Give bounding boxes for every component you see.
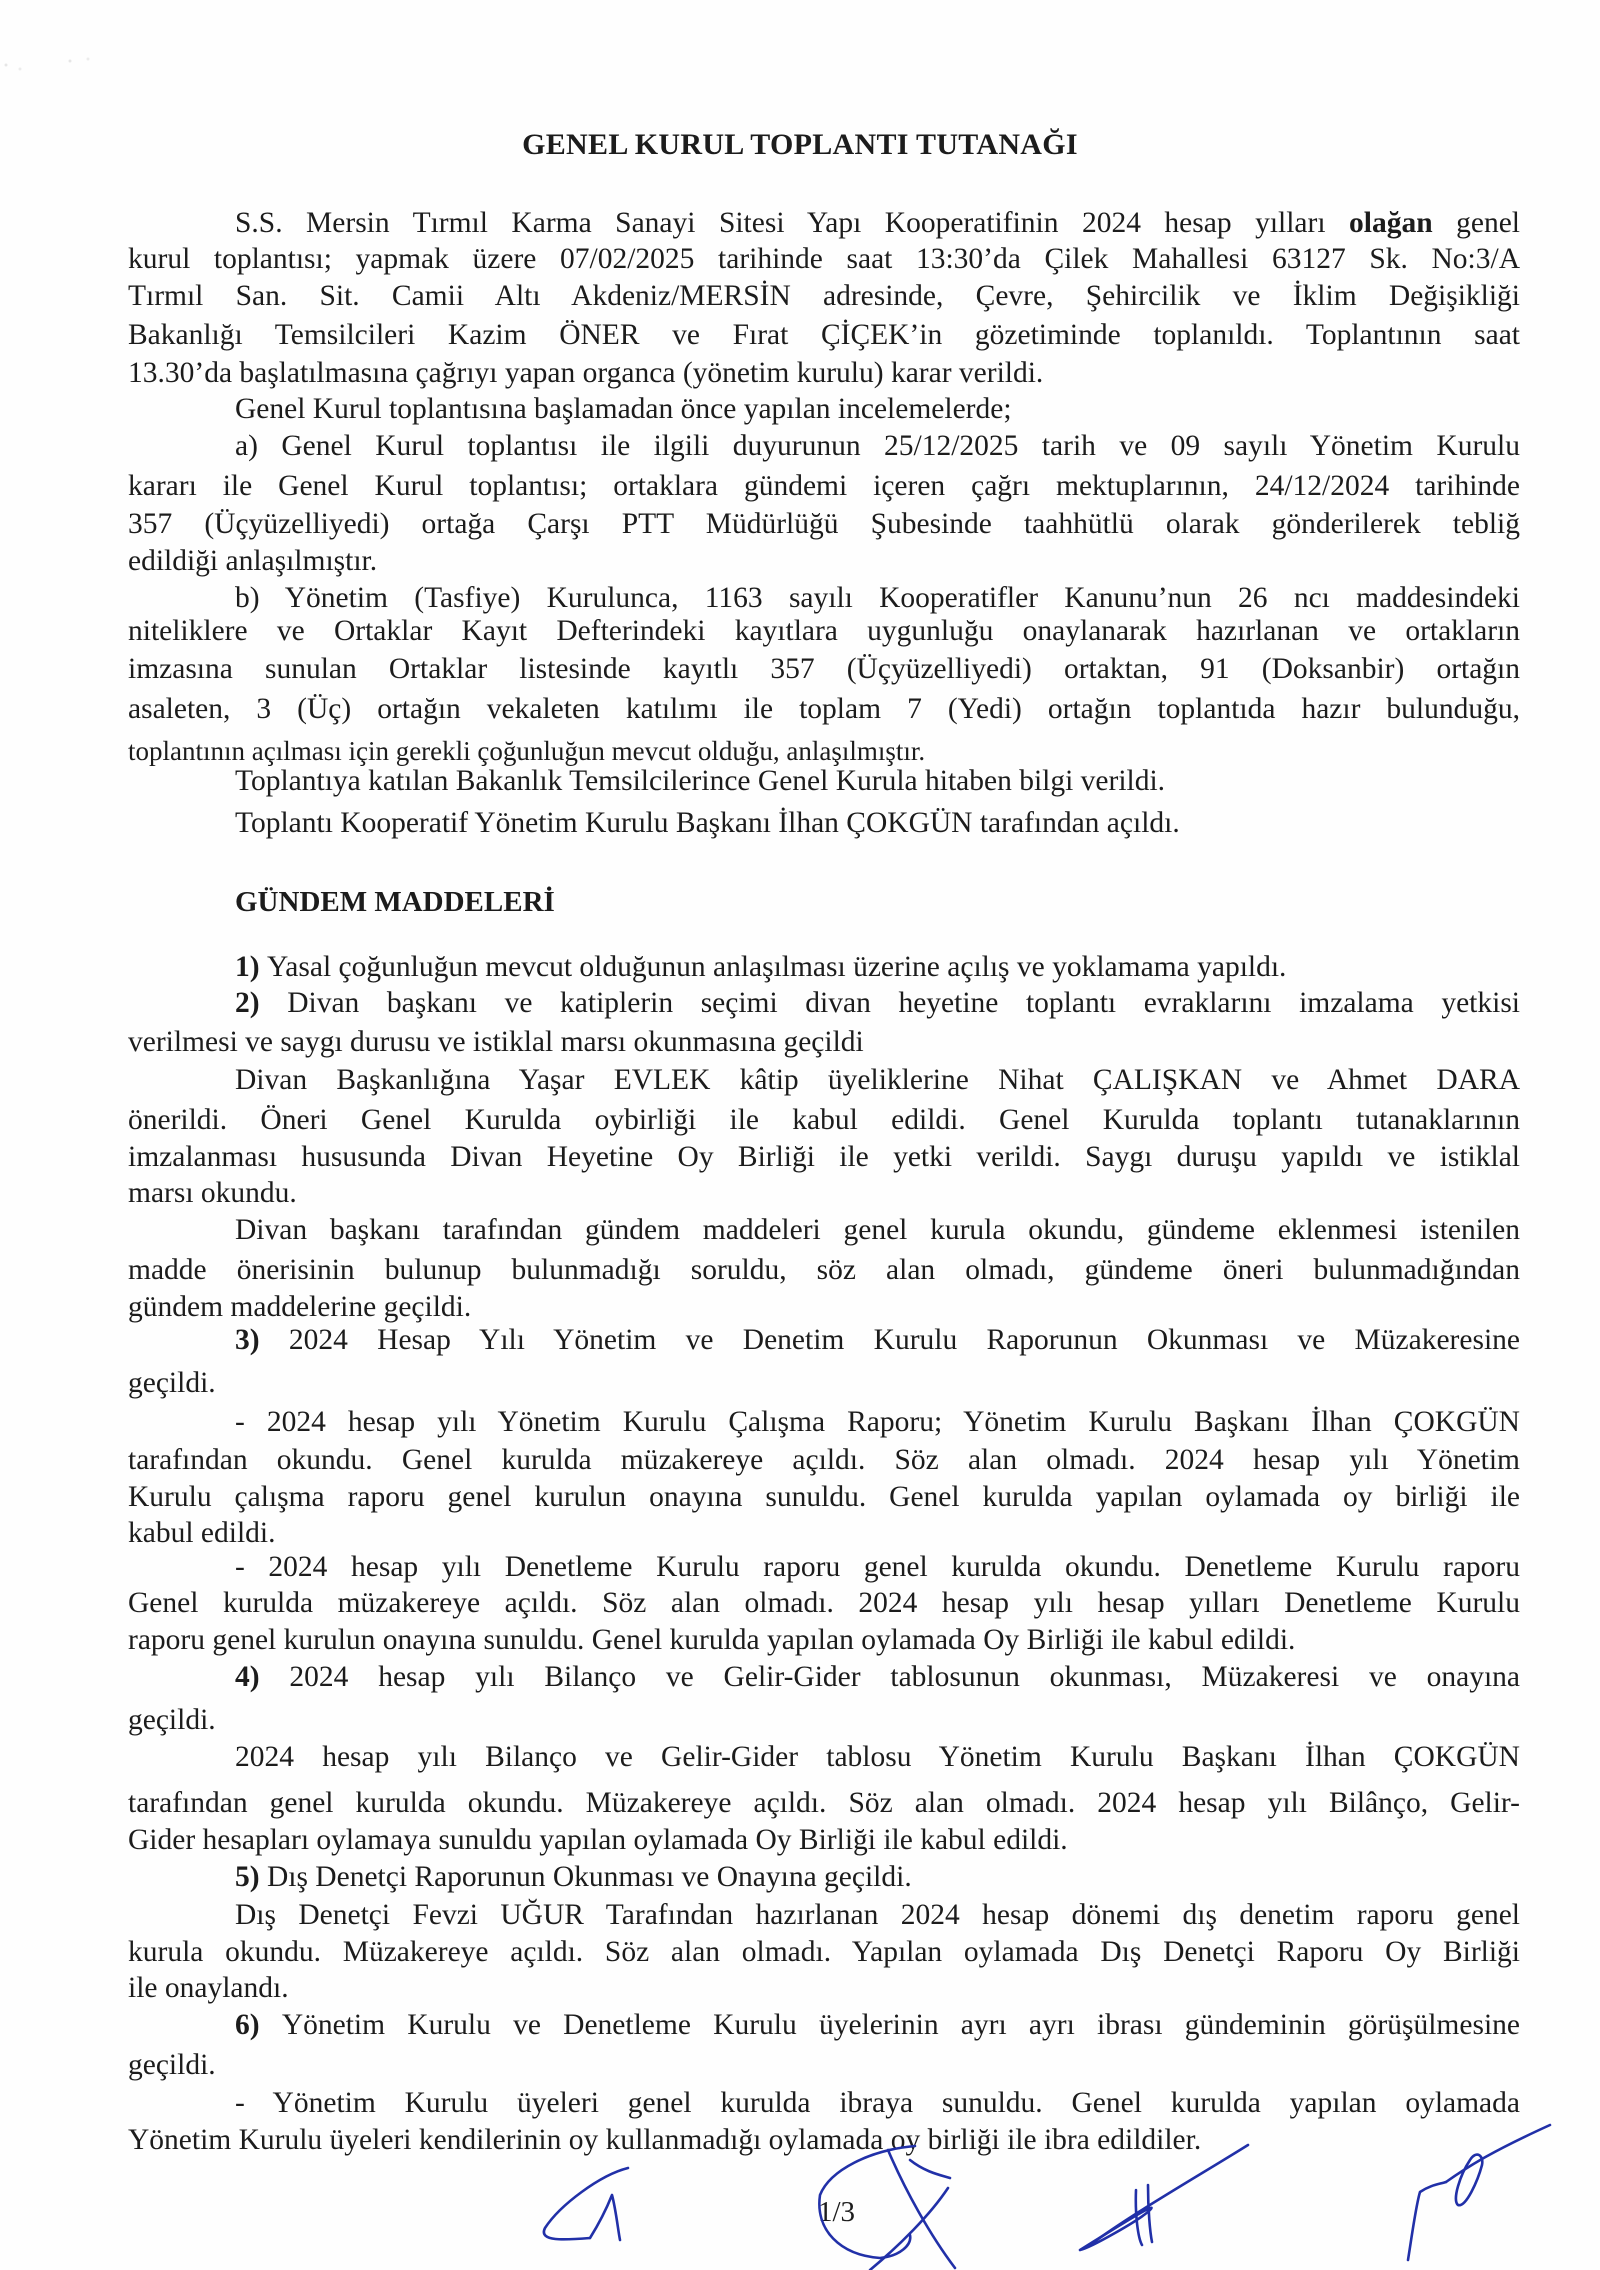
agenda-detail-line: madde önerisinin bulunup bulunmadığı sor… xyxy=(128,1253,1520,1287)
agenda-text: ile onaylandı. xyxy=(128,1972,289,2004)
agenda-text: Yönetim Kurulu ve Denetleme Kurulu üyele… xyxy=(282,2009,1520,2041)
agenda-text: 2024 hesap yılı Bilanço ve Gelir-Gider t… xyxy=(235,1741,1520,1773)
item-b-line: toplantının açılması için gerekli çoğunl… xyxy=(128,734,1520,768)
agenda-text: geçildi. xyxy=(128,1367,216,1399)
ministry-info: Toplantıya katılan Bakanlık Temsilcileri… xyxy=(128,764,1520,798)
agenda-text: marsı okundu. xyxy=(128,1177,297,1209)
agenda-text: Divan Başkanlığına Yaşar EVLEK kâtip üye… xyxy=(235,1064,1520,1096)
agenda-detail-line: - Yönetim Kurulu üyeleri genel kurulda i… xyxy=(128,2086,1520,2120)
agenda-text: kabul edildi. xyxy=(128,1517,275,1549)
item-b-line: niteliklere ve Ortaklar Kayıt Defterinde… xyxy=(128,614,1520,648)
agenda-detail-line: - 2024 hesap yılı Denetleme Kurulu rapor… xyxy=(128,1550,1520,1584)
agenda-item-line: 5) Dış Denetçi Raporunun Okunması ve Ona… xyxy=(128,1860,1520,1894)
agenda-detail-line: Divan Başkanlığına Yaşar EVLEK kâtip üye… xyxy=(128,1063,1520,1097)
item-a-line: edildiği anlaşılmıştır. xyxy=(128,544,1520,578)
agenda-detail-line: gündem maddelerine geçildi. xyxy=(128,1290,1520,1324)
agenda-text: tarafından okundu. Genel kurulda müzaker… xyxy=(128,1444,1520,1476)
agenda-detail-line: kurula okundu. Müzakereye açıldı. Söz al… xyxy=(128,1935,1520,1969)
agenda-text: imzalanması hususunda Divan Heyetine Oy … xyxy=(128,1141,1520,1173)
intro-line: kurul toplantısı; yapmak üzere 07/02/202… xyxy=(128,242,1520,276)
agenda-text: 2024 Hesap Yılı Yönetim ve Denetim Kurul… xyxy=(289,1324,1520,1356)
agenda-text: önerildi. Öneri Genel Kurulda oybirliği … xyxy=(128,1104,1520,1136)
agenda-text: Yasal çoğunluğun mevcut olduğunun anlaşı… xyxy=(267,951,1286,983)
agenda-text: tarafından genel kurulda okundu. Müzaker… xyxy=(128,1787,1520,1819)
agenda-text: Yönetim Kurulu üyeleri kendilerinin oy k… xyxy=(128,2124,1201,2156)
agenda-detail-line: - 2024 hesap yılı Yönetim Kurulu Çalışma… xyxy=(128,1405,1520,1439)
intro-line: S.S. Mersin Tırmıl Karma Sanayi Sitesi Y… xyxy=(128,206,1520,240)
agenda-text: gündem maddelerine geçildi. xyxy=(128,1291,471,1323)
agenda-text: Divan başkanı ve katiplerin seçimi divan… xyxy=(287,987,1520,1019)
agenda-detail-line: tarafından genel kurulda okundu. Müzaker… xyxy=(128,1786,1520,1820)
agenda-item-line: geçildi. xyxy=(128,1366,1520,1400)
document-page: GENEL KURUL TOPLANTI TUTANAĞI S.S. Mersi… xyxy=(0,0,1600,2270)
agenda-item-line: 6) Yönetim Kurulu ve Denetleme Kurulu üy… xyxy=(128,2008,1520,2042)
agenda-item-line: 2) Divan başkanı ve katiplerin seçimi di… xyxy=(128,986,1520,1020)
intro-text: S.S. Mersin Tırmıl Karma Sanayi Sitesi Y… xyxy=(235,207,1349,239)
page-number: 1/3 xyxy=(818,2196,855,2229)
scan-noise xyxy=(0,55,120,85)
agenda-item-line: 4) 2024 hesap yılı Bilanço ve Gelir-Gide… xyxy=(128,1660,1520,1694)
intro-line: Tırmıl San. Sit. Camii Altı Akdeniz/MERS… xyxy=(128,279,1520,313)
agenda-text: Gider hesapları oylamaya sunuldu yapılan… xyxy=(128,1824,1068,1856)
item-b-line: asaleten, 3 (Üç) ortağın vekaleten katıl… xyxy=(128,692,1520,726)
agenda-text: Divan başkanı tarafından gündem maddeler… xyxy=(235,1214,1520,1246)
agenda-detail-line: imzalanması hususunda Divan Heyetine Oy … xyxy=(128,1140,1520,1174)
intro-line: 13.30’da başlatılmasına çağrıyı yapan or… xyxy=(128,356,1520,390)
item-a-line: kararı ile Genel Kurul toplantısı; ortak… xyxy=(128,469,1520,503)
agenda-text: geçildi. xyxy=(128,1704,216,1736)
agenda-text: kurula okundu. Müzakereye açıldı. Söz al… xyxy=(128,1936,1520,1968)
item-a-line: a) Genel Kurul toplantısı ile ilgili duy… xyxy=(128,429,1520,463)
agenda-text: - 2024 hesap yılı Denetleme Kurulu rapor… xyxy=(235,1551,1520,1583)
agenda-item-line: 3) 2024 Hesap Yılı Yönetim ve Denetim Ku… xyxy=(128,1323,1520,1357)
item-b-line: imzasına sunulan Ortaklar listesinde kay… xyxy=(128,652,1520,686)
document-title: GENEL KURUL TOPLANTI TUTANAĞI xyxy=(0,128,1600,162)
agenda-item-number: 5) xyxy=(235,1861,267,1893)
agenda-item-number: 1) xyxy=(235,951,267,983)
agenda-item-line: geçildi. xyxy=(128,2048,1520,2082)
intro-line: Bakanlığı Temsilcileri Kazim ÖNER ve Fır… xyxy=(128,318,1520,352)
agenda-detail-line: raporu genel kurulun onayına sunuldu. Ge… xyxy=(128,1623,1520,1657)
agenda-item-line: 1) Yasal çoğunluğun mevcut olduğunun anl… xyxy=(128,950,1520,984)
agenda-text: Dış Denetçi Fevzi UĞUR Tarafından hazırl… xyxy=(235,1899,1520,1931)
prechecks-lead: Genel Kurul toplantısına başlamadan önce… xyxy=(128,392,1520,426)
intro-bold-text: olağan xyxy=(1349,207,1433,239)
agenda-item-number: 6) xyxy=(235,2009,282,2041)
agenda-item-number: 2) xyxy=(235,987,287,1019)
agenda-text: Dış Denetçi Raporunun Okunması ve Onayın… xyxy=(267,1861,912,1893)
agenda-detail-line: Yönetim Kurulu üyeleri kendilerinin oy k… xyxy=(128,2123,1520,2157)
agenda-text: - 2024 hesap yılı Yönetim Kurulu Çalışma… xyxy=(235,1406,1520,1438)
opened-by: Toplantı Kooperatif Yönetim Kurulu Başka… xyxy=(128,806,1520,840)
signature-1 xyxy=(544,2168,628,2240)
item-a-line: 357 (Üçyüzelliyedi) ortağa Çarşı PTT Müd… xyxy=(128,507,1520,541)
agenda-text: Genel kurulda müzakereye açıldı. Söz ala… xyxy=(128,1587,1520,1619)
agenda-detail-line: Kurulu çalışma raporu genel kurulun onay… xyxy=(128,1480,1520,1514)
agenda-text: 2024 hesap yılı Bilanço ve Gelir-Gider t… xyxy=(289,1661,1520,1693)
agenda-detail-line: tarafından okundu. Genel kurulda müzaker… xyxy=(128,1443,1520,1477)
agenda-item-number: 3) xyxy=(235,1324,289,1356)
signature-3 xyxy=(1080,2145,1248,2250)
agenda-detail-line: ile onaylandı. xyxy=(128,1971,1520,2005)
agenda-detail-line: önerildi. Öneri Genel Kurulda oybirliği … xyxy=(128,1103,1520,1137)
agenda-detail-line: marsı okundu. xyxy=(128,1176,1520,1210)
agenda-text: geçildi. xyxy=(128,2049,216,2081)
agenda-detail-line: 2024 hesap yılı Bilanço ve Gelir-Gider t… xyxy=(128,1740,1520,1774)
agenda-detail-line: kabul edildi. xyxy=(128,1516,1520,1550)
agenda-text: madde önerisinin bulunup bulunmadığı sor… xyxy=(128,1254,1520,1286)
intro-text: genel xyxy=(1433,207,1520,239)
agenda-detail-line: Divan başkanı tarafından gündem maddeler… xyxy=(128,1213,1520,1247)
agenda-text: Kurulu çalışma raporu genel kurulun onay… xyxy=(128,1481,1520,1513)
agenda-text: raporu genel kurulun onayına sunuldu. Ge… xyxy=(128,1624,1295,1656)
agenda-detail-line: Genel kurulda müzakereye açıldı. Söz ala… xyxy=(128,1586,1520,1620)
agenda-item-number: 4) xyxy=(235,1661,289,1693)
agenda-item-line: verilmesi ve saygı durusu ve istiklal ma… xyxy=(128,1025,1520,1059)
agenda-heading: GÜNDEM MADDELERİ xyxy=(235,886,555,919)
agenda-detail-line: Dış Denetçi Fevzi UĞUR Tarafından hazırl… xyxy=(128,1898,1520,1932)
item-b-line: b) Yönetim (Tasfiye) Kurulunca, 1163 say… xyxy=(128,581,1520,615)
agenda-detail-line: Gider hesapları oylamaya sunuldu yapılan… xyxy=(128,1823,1520,1857)
agenda-text: verilmesi ve saygı durusu ve istiklal ma… xyxy=(128,1026,864,1058)
agenda-text: - Yönetim Kurulu üyeleri genel kurulda i… xyxy=(235,2087,1520,2119)
agenda-item-line: geçildi. xyxy=(128,1703,1520,1737)
